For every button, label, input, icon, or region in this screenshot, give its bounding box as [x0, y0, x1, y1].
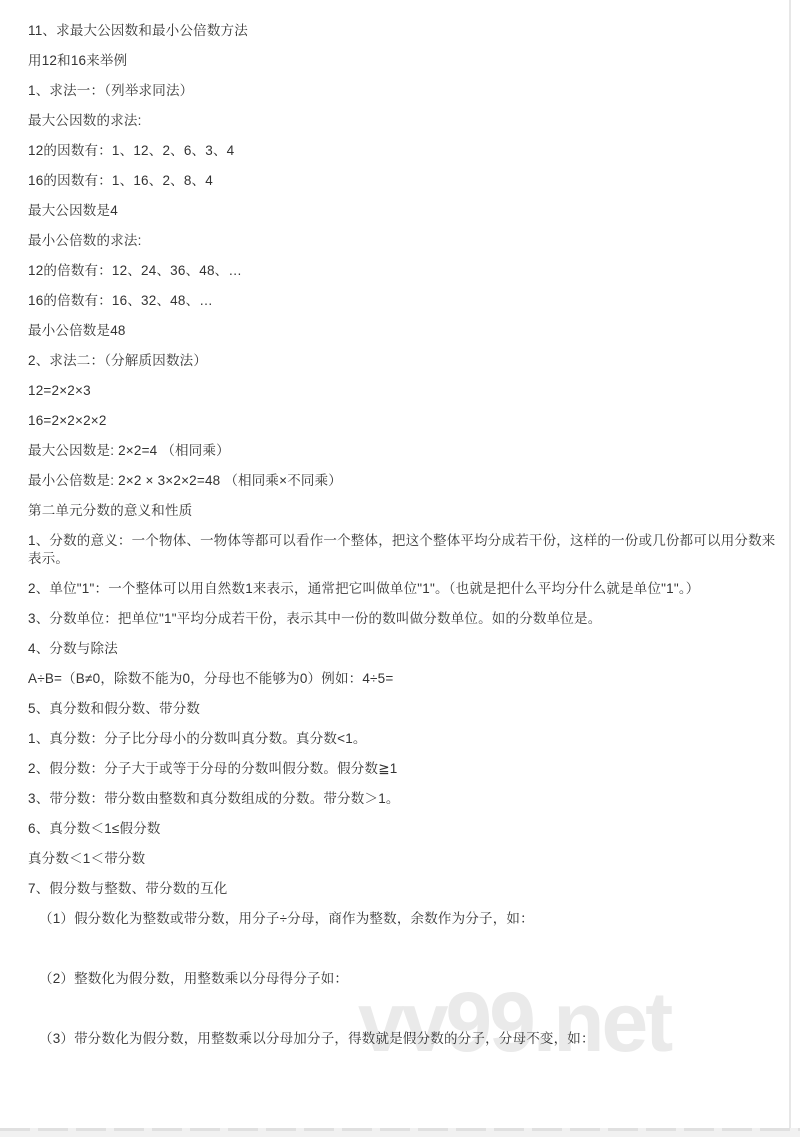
doc-line: 1、真分数：分子比分母小的分数叫真分数。真分数<1。 — [28, 730, 776, 748]
doc-line: 2、假分数：分子大于或等于分母的分数叫假分数。假分数≧1 — [28, 760, 776, 778]
document-page: vv99.net 11、求最大公因数和最小公倍数方法 用12和16来举例 1、求… — [0, 0, 800, 1137]
doc-line: 最大公因数是: 2×2=4 （相同乘） — [28, 442, 776, 460]
doc-line: 7、假分数与整数、带分数的互化 — [28, 880, 776, 898]
doc-line: 16的因数有：1、16、2、8、4 — [28, 172, 776, 190]
doc-line: 最小公倍数是: 2×2 × 3×2×2=48 （相同乘×不同乘） — [28, 472, 776, 490]
doc-line-conversion-3: （3）带分数化为假分数，用整数乘以分母加分子，得数就是假分数的分子，分母不变，如… — [28, 1030, 776, 1048]
doc-line-unit2-heading: 第二单元分数的意义和性质 — [28, 502, 776, 520]
bottom-strip — [0, 1128, 800, 1137]
page-edge-line — [789, 0, 791, 1128]
doc-line: 4、分数与除法 — [28, 640, 776, 658]
doc-line: 16的倍数有：16、32、48、… — [28, 292, 776, 310]
doc-line: 16=2×2×2×2 — [28, 412, 776, 430]
doc-line-conversion-1: （1）假分数化为整数或带分数，用分子÷分母，商作为整数，余数作为分子，如： — [28, 910, 776, 928]
doc-line-title: 11、求最大公因数和最小公倍数方法 — [28, 22, 776, 40]
doc-line: 真分数＜1＜带分数 — [28, 850, 776, 868]
doc-line: A÷B=（B≠0，除数不能为0，分母也不能够为0）例如：4÷5= — [28, 670, 776, 688]
doc-line: 3、分数单位：把单位"1"平均分成若干份，表示其中一份的数叫做分数单位。如的分数… — [28, 610, 776, 628]
doc-line: 最小公倍数是48 — [28, 322, 776, 340]
doc-line: 1、分数的意义：一个物体、一物体等都可以看作一个整体，把这个整体平均分成若干份，… — [28, 532, 776, 568]
doc-line-conversion-2: （2）整数化为假分数，用整数乘以分母得分子如： — [28, 970, 776, 988]
doc-line: 用12和16来举例 — [28, 52, 776, 70]
doc-line-method1-heading: 1、求法一：（列举求同法） — [28, 82, 776, 100]
doc-line: 最小公倍数的求法: — [28, 232, 776, 250]
doc-line: 5、真分数和假分数、带分数 — [28, 700, 776, 718]
doc-line-method2-heading: 2、求法二：（分解质因数法） — [28, 352, 776, 370]
doc-line: 最大公因数的求法: — [28, 112, 776, 130]
doc-line: 12的因数有：1、12、2、6、3、4 — [28, 142, 776, 160]
doc-line: 最大公因数是4 — [28, 202, 776, 220]
doc-line: 12=2×2×3 — [28, 382, 776, 400]
doc-line: 2、单位"1"：一个整体可以用自然数1来表示，通常把它叫做单位"1"。（也就是把… — [28, 580, 776, 598]
document-content: 11、求最大公因数和最小公倍数方法 用12和16来举例 1、求法一：（列举求同法… — [28, 22, 776, 1060]
doc-line: 6、真分数＜1≤假分数 — [28, 820, 776, 838]
doc-line: 12的倍数有：12、24、36、48、… — [28, 262, 776, 280]
bottom-strip-dashes — [0, 1128, 800, 1131]
doc-line: 3、带分数：带分数由整数和真分数组成的分数。带分数＞1。 — [28, 790, 776, 808]
